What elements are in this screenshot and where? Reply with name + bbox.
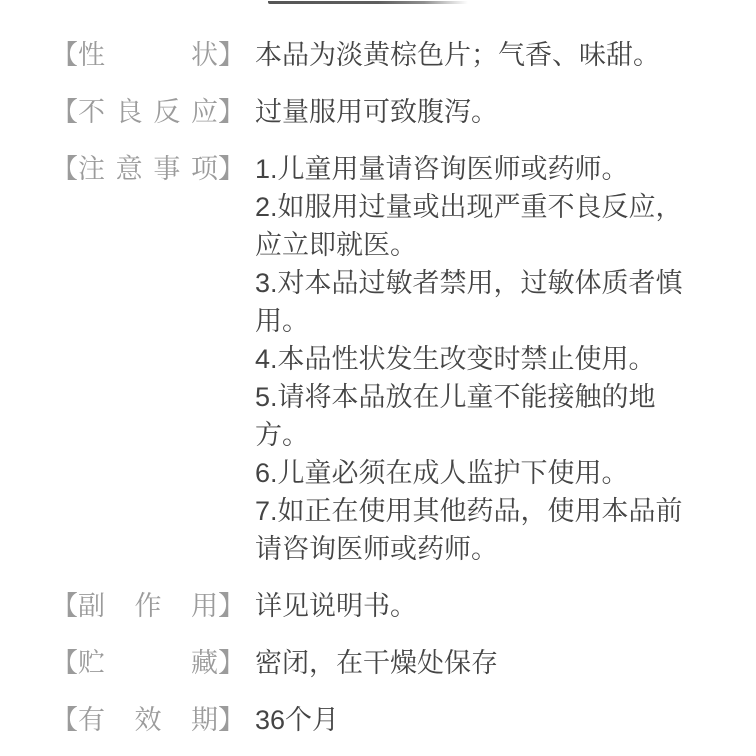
field-row-adverse-reactions: 【 不良反应 】 过量服用可致腹泻。 bbox=[57, 93, 716, 131]
field-value-side-effects: 详见说明书。 bbox=[255, 587, 705, 625]
field-value-adverse-reactions: 过量服用可致腹泻。 bbox=[255, 93, 705, 131]
precaution-item-2: 2.如服用过量或出现严重不良反应，应立即就医。 bbox=[255, 188, 705, 264]
precaution-item-3: 3.对本品过敏者禁用，过敏体质者慎用。 bbox=[255, 264, 705, 340]
field-label-text: 副作用 bbox=[78, 587, 218, 625]
label-bracket-close: 】 bbox=[218, 587, 245, 625]
value-line: 详见说明书。 bbox=[255, 587, 705, 625]
label-bracket-close: 】 bbox=[218, 93, 245, 131]
field-label-storage: 【 贮藏 】 bbox=[57, 644, 245, 682]
field-label-adverse-reactions: 【 不良反应 】 bbox=[57, 93, 245, 131]
label-bracket-open: 【 bbox=[51, 587, 78, 625]
label-bracket-close: 】 bbox=[218, 150, 245, 188]
field-row-properties: 【 性状 】 本品为淡黄棕色片；气香、味甜。 bbox=[57, 36, 716, 74]
precaution-item-4: 4.本品性状发生改变时禁止使用。 bbox=[255, 340, 705, 378]
value-line: 密闭，在干燥处保存 bbox=[255, 644, 705, 682]
field-label-shelf-life: 【 有效期 】 bbox=[57, 701, 245, 739]
field-row-precautions: 【 注意事项 】 1.儿童用量请咨询医师或药师。 2.如服用过量或出现严重不良反… bbox=[57, 150, 716, 568]
field-value-precautions: 1.儿童用量请咨询医师或药师。 2.如服用过量或出现严重不良反应，应立即就医。 … bbox=[255, 150, 705, 568]
precaution-item-5: 5.请将本品放在儿童不能接触的地方。 bbox=[255, 378, 705, 454]
field-row-shelf-life: 【 有效期 】 36个月 bbox=[57, 701, 716, 739]
precaution-item-7: 7.如正在使用其他药品，使用本品前请咨询医师或药师。 bbox=[255, 492, 705, 568]
label-bracket-open: 【 bbox=[51, 644, 78, 682]
field-label-text: 有效期 bbox=[78, 701, 218, 739]
value-line: 过量服用可致腹泻。 bbox=[255, 93, 705, 131]
label-bracket-open: 【 bbox=[51, 36, 78, 74]
field-value-shelf-life: 36个月 bbox=[255, 701, 705, 739]
label-bracket-open: 【 bbox=[51, 93, 78, 131]
value-line: 本品为淡黄棕色片；气香、味甜。 bbox=[255, 36, 705, 74]
field-row-side-effects: 【 副作用 】 详见说明书。 bbox=[57, 587, 716, 625]
cropped-banner-edge bbox=[268, 1, 468, 4]
field-value-properties: 本品为淡黄棕色片；气香、味甜。 bbox=[255, 36, 705, 74]
label-bracket-close: 】 bbox=[218, 701, 245, 739]
label-bracket-close: 】 bbox=[218, 644, 245, 682]
precaution-item-1: 1.儿童用量请咨询医师或药师。 bbox=[255, 150, 705, 188]
field-label-side-effects: 【 副作用 】 bbox=[57, 587, 245, 625]
field-label-text: 注意事项 bbox=[78, 150, 218, 188]
field-label-text: 不良反应 bbox=[78, 93, 218, 131]
drug-info-page: 【 性状 】 本品为淡黄棕色片；气香、味甜。 【 不良反应 】 过量服用可致腹泻… bbox=[0, 0, 756, 756]
value-line: 36个月 bbox=[255, 701, 705, 739]
label-bracket-open: 【 bbox=[51, 150, 78, 188]
field-label-properties: 【 性状 】 bbox=[57, 36, 245, 74]
field-row-storage: 【 贮藏 】 密闭，在干燥处保存 bbox=[57, 644, 716, 682]
field-value-storage: 密闭，在干燥处保存 bbox=[255, 644, 705, 682]
precaution-item-6: 6.儿童必须在成人监护下使用。 bbox=[255, 454, 705, 492]
field-label-text: 贮藏 bbox=[78, 644, 218, 682]
field-label-precautions: 【 注意事项 】 bbox=[57, 150, 245, 188]
label-bracket-open: 【 bbox=[51, 701, 78, 739]
field-label-text: 性状 bbox=[78, 36, 218, 74]
label-bracket-close: 】 bbox=[218, 36, 245, 74]
